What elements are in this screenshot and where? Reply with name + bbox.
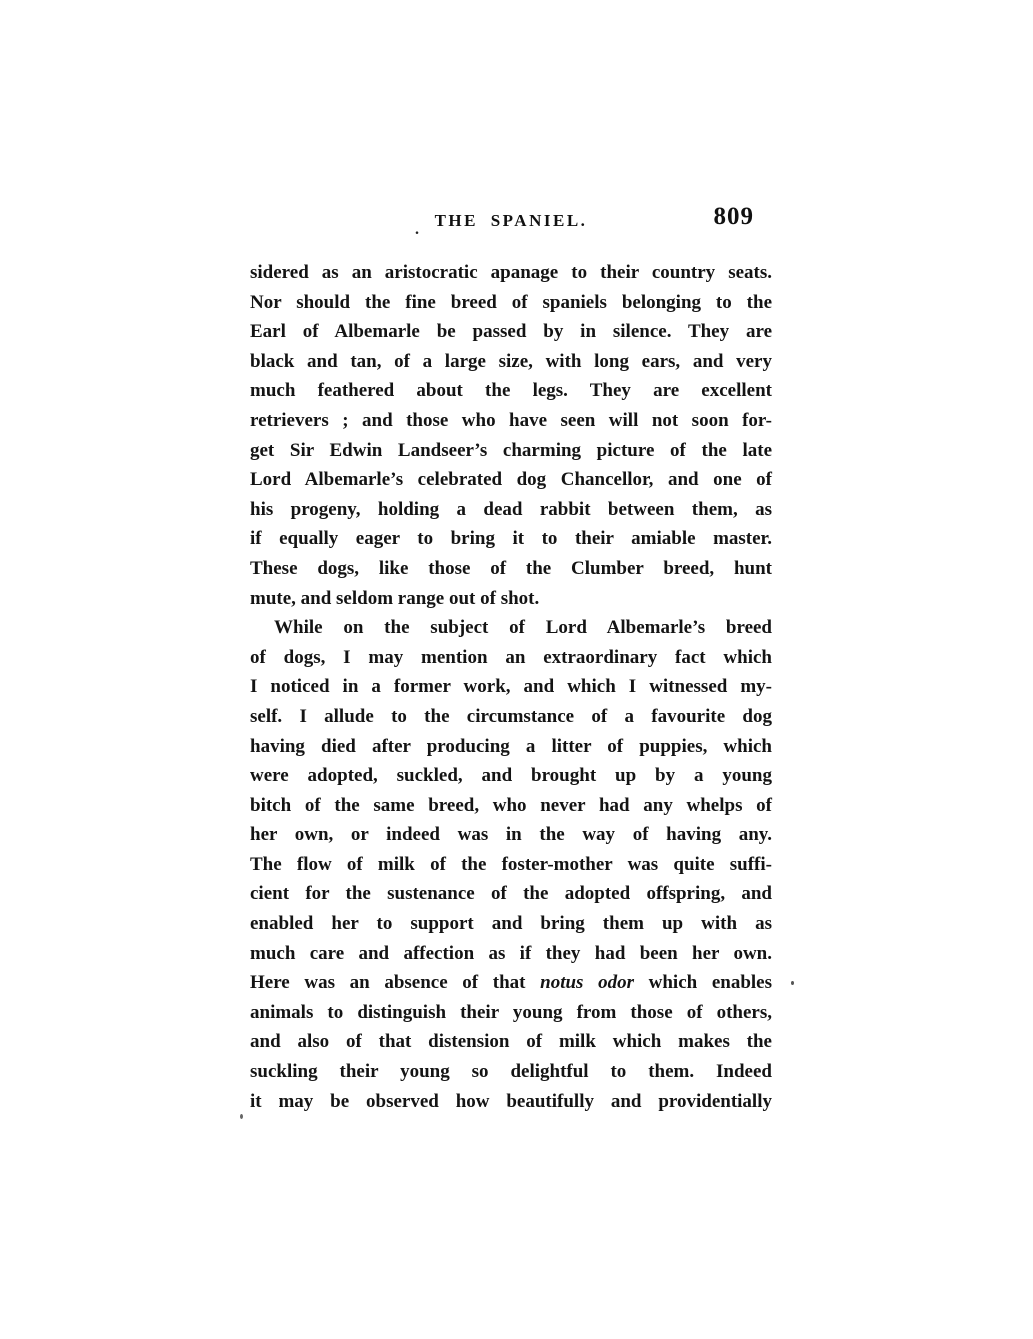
text-line: much care and affection as if they had b… [250, 939, 772, 969]
text-line: having died after producing a litter of … [250, 732, 772, 762]
text-line: and also of that distension of milk whic… [250, 1027, 772, 1057]
stray-ink-dot [240, 1114, 243, 1119]
text-line: enabled her to support and bring them up… [250, 909, 772, 939]
text-line: I noticed in a former work, and which I … [250, 672, 772, 702]
page-number: 809 [714, 203, 755, 231]
text-line: While on the subject of Lord Albemarle’s… [250, 613, 772, 643]
text-line: mute, and seldom range out of shot. [250, 584, 772, 614]
text-segment: which enables [634, 972, 772, 993]
text-line: These dogs, like those of the Clumber br… [250, 554, 772, 584]
text-line: sidered as an aristocratic apanage to th… [250, 258, 772, 288]
text-line: Earl of Albemarle be passed by in silenc… [250, 317, 772, 347]
text-line: it may be observed how beautifully and p… [250, 1087, 772, 1117]
text-line: were adopted, suckled, and brought up by… [250, 761, 772, 791]
text-line: Lord Albemarle’s celebrated dog Chancell… [250, 465, 772, 495]
text-line: cient for the sustenance of the adopted … [250, 879, 772, 909]
stray-ink-dot [791, 981, 794, 985]
text-line: retrievers ; and those who have seen wil… [250, 406, 772, 436]
text-line: get Sir Edwin Landseer’s charming pictur… [250, 436, 772, 466]
text-line: much feathered about the legs. They are … [250, 376, 772, 406]
body-text: sidered as an aristocratic apanage to th… [250, 258, 772, 1116]
text-line: his progeny, holding a dead rabbit betwe… [250, 495, 772, 525]
page-header: . THE SPANIEL. 809 [250, 203, 772, 239]
italic-phrase: notus odor [540, 972, 634, 993]
running-title: THE SPANIEL. [250, 211, 772, 231]
scanned-page: . THE SPANIEL. 809 sidered as an aristoc… [0, 0, 1033, 1339]
text-segment: Here was an absence of that [250, 972, 540, 993]
text-line: animals to distinguish their young from … [250, 998, 772, 1028]
text-line: if equally eager to bring it to their am… [250, 524, 772, 554]
text-line: bitch of the same breed, who never had a… [250, 791, 772, 821]
text-line: her own, or indeed was in the way of hav… [250, 820, 772, 850]
text-line-with-italic: Here was an absence of that notus odor w… [250, 968, 772, 998]
text-line: black and tan, of a large size, with lon… [250, 347, 772, 377]
text-line: The flow of milk of the foster-mother wa… [250, 850, 772, 880]
text-line: self. I allude to the circumstance of a … [250, 702, 772, 732]
text-line: Nor should the fine breed of spaniels be… [250, 288, 772, 318]
text-line: of dogs, I may mention an extraordinary … [250, 643, 772, 673]
text-line: suckling their young so delightful to th… [250, 1057, 772, 1087]
